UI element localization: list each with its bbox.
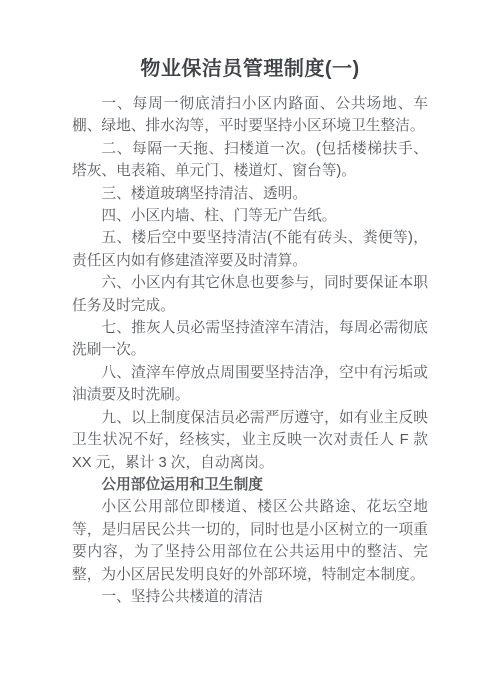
rule-item-4: 四、小区内墙、柱、门等无广告纸。 — [72, 205, 428, 227]
rule-item-6: 六、小区内有其它休息也要参与，同时要保证本职任务及时完成。 — [72, 272, 428, 317]
rule-item-1: 一、每周一彻底清扫小区内路面、公共场地、车棚、绿地、排水沟等，平时要坚持小区环境… — [72, 93, 428, 138]
document-page: 物业保洁员管理制度(一) 一、每周一彻底清扫小区内路面、公共场地、车棚、绿地、排… — [0, 0, 500, 694]
subrule-item-1: 一、坚持公共楼道的清洁 — [72, 586, 428, 608]
document-title: 物业保洁员管理制度(一) — [72, 56, 428, 82]
rule-item-2: 二、每隔一天拖、扫楼道一次。(包括楼梯扶手、塔灰、电表箱、单元门、楼道灯、窗台等… — [72, 138, 428, 183]
rule-item-5: 五、楼后空中要坚持清洁(不能有砖头、粪便等)，责任区内如有修建渣滓要及时清算。 — [72, 227, 428, 272]
section-intro: 小区公用部位即楼道、楼区公共路途、花坛空地等，是归居民公共一切的，同时也是小区树… — [72, 496, 428, 586]
rule-item-9: 九、以上制度保洁员必需严厉遵守，如有业主反映卫生状况不好，经核实，业主反映一次对… — [72, 407, 428, 474]
rule-item-8: 八、渣滓车停放点周围要坚持洁净，空中有污垢或油渍要及时洗刷。 — [72, 362, 428, 407]
section-heading: 公用部位运用和卫生制度 — [72, 474, 428, 496]
document-body: 一、每周一彻底清扫小区内路面、公共场地、车棚、绿地、排水沟等，平时要坚持小区环境… — [72, 93, 428, 608]
rule-item-7: 七、推灰人员必需坚持渣滓车清洁，每周必需彻底洗刷一次。 — [72, 317, 428, 362]
rule-item-3: 三、楼道玻璃坚持清洁、透明。 — [72, 183, 428, 205]
